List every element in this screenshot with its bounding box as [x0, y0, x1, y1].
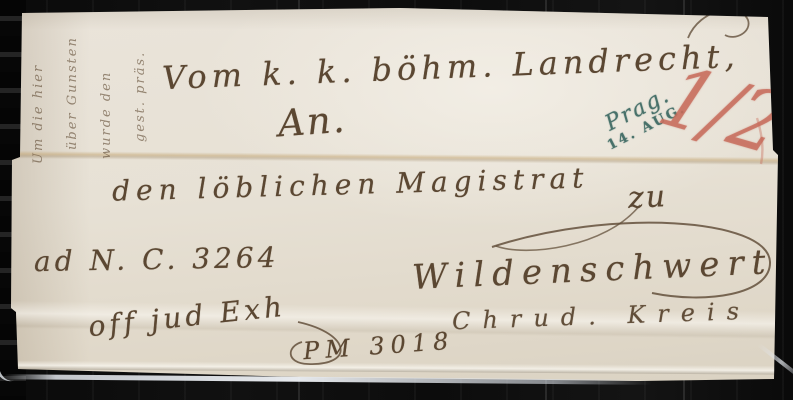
- folded-letter-cover: Um die hier über Gunsten wurde den gest.…: [0, 0, 793, 400]
- photo-of-folded-letter: Um die hier über Gunsten wurde den gest.…: [0, 0, 793, 400]
- ink-flourishes: [0, 0, 793, 400]
